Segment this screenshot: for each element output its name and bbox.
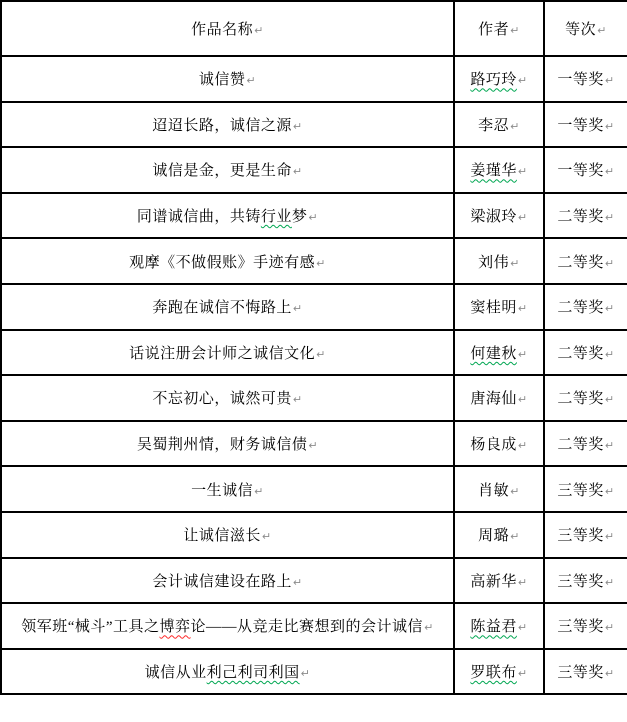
paragraph-mark-icon: ↵ bbox=[605, 120, 615, 133]
table-row: 诚信是金，更是生命↵ 姜瑾华↵ 一等奖↵ bbox=[1, 147, 627, 193]
paragraph-mark-icon: ↵ bbox=[605, 576, 615, 589]
rank-label: 三等奖 bbox=[557, 574, 604, 590]
work-title-cell: 吴蜀荆州情，财务诚信债↵ bbox=[1, 421, 454, 467]
author-cell: 姜瑾华↵ bbox=[454, 147, 544, 193]
work-title-cell: 奔跑在诚信不悔路上↵ bbox=[1, 284, 454, 330]
work-title: 观摩《不做假账》手迹有感 bbox=[129, 255, 315, 271]
work-title-cell: 话说注册会计师之诚信文化↵ bbox=[1, 330, 454, 376]
paragraph-mark-icon: ↵ bbox=[301, 667, 311, 680]
table-row: 会计诚信建设在路上↵ 高新华↵ 三等奖↵ bbox=[1, 558, 627, 604]
paragraph-mark-icon: ↵ bbox=[518, 74, 528, 87]
table-row: 领军班“械斗”工具之博弈论——从竞走比赛想到的会计诚信↵ 陈益君↵ 三等奖↵ bbox=[1, 603, 627, 649]
author-cell: 高新华↵ bbox=[454, 558, 544, 604]
table-row: 观摩《不做假账》手迹有感↵ 刘伟↵ 二等奖↵ bbox=[1, 238, 627, 284]
rank-cell: 一等奖↵ bbox=[544, 147, 627, 193]
paragraph-mark-icon: ↵ bbox=[510, 257, 520, 270]
author-name: 姜瑾华 bbox=[470, 163, 517, 179]
work-title-cell: 一生诚信↵ bbox=[1, 466, 454, 512]
paragraph-mark-icon: ↵ bbox=[316, 257, 326, 270]
paragraph-mark-icon: ↵ bbox=[518, 393, 528, 406]
author-name: 何建秋 bbox=[470, 346, 517, 362]
author-cell: 周璐↵ bbox=[454, 512, 544, 558]
rank-label: 三等奖 bbox=[557, 665, 604, 681]
author-name: 陈益君 bbox=[470, 619, 517, 635]
header-work-title: 作品名称↵ bbox=[1, 1, 454, 56]
table-row: 迢迢长路，诚信之源↵ 李忍↵ 一等奖↵ bbox=[1, 102, 627, 148]
paragraph-mark-icon: ↵ bbox=[605, 393, 615, 406]
work-title: 奔跑在诚信不悔路上 bbox=[152, 300, 292, 316]
paragraph-mark-icon: ↵ bbox=[518, 439, 528, 452]
work-title-cell: 会计诚信建设在路上↵ bbox=[1, 558, 454, 604]
rank-label: 二等奖 bbox=[557, 346, 604, 362]
paragraph-mark-icon: ↵ bbox=[293, 165, 303, 178]
rank-cell: 二等奖↵ bbox=[544, 238, 627, 284]
work-title: 梦 bbox=[292, 209, 308, 225]
author-name: 李忍 bbox=[478, 118, 509, 134]
header-label: 作品名称 bbox=[191, 22, 253, 38]
work-title: 不忘初心，诚然可贵 bbox=[152, 391, 292, 407]
work-title-cell: 诚信从业利己利司利国↵ bbox=[1, 649, 454, 695]
work-title-cell: 诚信是金，更是生命↵ bbox=[1, 147, 454, 193]
rank-cell: 一等奖↵ bbox=[544, 102, 627, 148]
paragraph-mark-icon: ↵ bbox=[605, 211, 615, 224]
rank-label: 三等奖 bbox=[557, 619, 604, 635]
paragraph-mark-icon: ↵ bbox=[510, 530, 520, 543]
work-title: 诚信是金，更是生命 bbox=[152, 163, 292, 179]
author-cell: 刘伟↵ bbox=[454, 238, 544, 284]
table-row: 诚信赞↵ 路巧玲↵ 一等奖↵ bbox=[1, 56, 627, 102]
work-title: 一生诚信 bbox=[191, 483, 253, 499]
paragraph-mark-icon: ↵ bbox=[605, 439, 615, 452]
paragraph-mark-icon: ↵ bbox=[605, 257, 615, 270]
work-title-underlined: 利己利司利国 bbox=[207, 665, 300, 681]
rank-label: 二等奖 bbox=[557, 391, 604, 407]
author-cell: 路巧玲↵ bbox=[454, 56, 544, 102]
paragraph-mark-icon: ↵ bbox=[293, 302, 303, 315]
work-title: 同谱诚信曲，共铸 bbox=[137, 209, 261, 225]
author-name: 路巧玲 bbox=[470, 72, 517, 88]
paragraph-mark-icon: ↵ bbox=[605, 485, 615, 498]
table-row: 一生诚信↵ 肖敏↵ 三等奖↵ bbox=[1, 466, 627, 512]
rank-label: 三等奖 bbox=[557, 528, 604, 544]
work-title: 迢迢长路，诚信之源 bbox=[152, 118, 292, 134]
table-header-row: 作品名称↵ 作者↵ 等次↵ bbox=[1, 1, 627, 56]
paragraph-mark-icon: ↵ bbox=[246, 74, 256, 87]
rank-label: 二等奖 bbox=[557, 209, 604, 225]
paragraph-mark-icon: ↵ bbox=[605, 621, 615, 634]
rank-cell: 一等奖↵ bbox=[544, 56, 627, 102]
header-label: 作者 bbox=[478, 22, 509, 38]
paragraph-mark-icon: ↵ bbox=[308, 439, 318, 452]
rank-label: 二等奖 bbox=[557, 300, 604, 316]
paragraph-mark-icon: ↵ bbox=[510, 485, 520, 498]
work-title: 会计诚信建设在路上 bbox=[152, 574, 292, 590]
rank-cell: 三等奖↵ bbox=[544, 512, 627, 558]
rank-cell: 三等奖↵ bbox=[544, 558, 627, 604]
paragraph-mark-icon: ↵ bbox=[316, 348, 326, 361]
table-row: 同谱诚信曲，共铸行业梦↵ 梁淑玲↵ 二等奖↵ bbox=[1, 193, 627, 239]
author-cell: 李忍↵ bbox=[454, 102, 544, 148]
author-name: 梁淑玲 bbox=[470, 209, 517, 225]
paragraph-mark-icon: ↵ bbox=[518, 165, 528, 178]
work-title: 诚信赞 bbox=[199, 72, 246, 88]
paragraph-mark-icon: ↵ bbox=[510, 120, 520, 133]
table-row: 不忘初心，诚然可贵↵ 唐海仙↵ 二等奖↵ bbox=[1, 375, 627, 421]
table-row: 诚信从业利己利司利国↵ 罗联布↵ 三等奖↵ bbox=[1, 649, 627, 695]
paragraph-mark-icon: ↵ bbox=[518, 576, 528, 589]
author-cell: 陈益君↵ bbox=[454, 603, 544, 649]
table-row: 奔跑在诚信不悔路上↵ 窦桂明↵ 二等奖↵ bbox=[1, 284, 627, 330]
document-page: 作品名称↵ 作者↵ 等次↵ 诚信赞↵ 路巧玲↵ 一等奖↵ 迢迢长路，诚信之源↵ … bbox=[0, 0, 627, 722]
header-author: 作者↵ bbox=[454, 1, 544, 56]
author-cell: 何建秋↵ bbox=[454, 330, 544, 376]
author-cell: 唐海仙↵ bbox=[454, 375, 544, 421]
paragraph-mark-icon: ↵ bbox=[262, 530, 272, 543]
rank-cell: 二等奖↵ bbox=[544, 330, 627, 376]
rank-label: 二等奖 bbox=[557, 437, 604, 453]
rank-cell: 二等奖↵ bbox=[544, 421, 627, 467]
award-results-table: 作品名称↵ 作者↵ 等次↵ 诚信赞↵ 路巧玲↵ 一等奖↵ 迢迢长路，诚信之源↵ … bbox=[0, 0, 627, 695]
author-name: 杨良成 bbox=[470, 437, 517, 453]
paragraph-mark-icon: ↵ bbox=[254, 24, 264, 37]
work-title: 诚信从业 bbox=[145, 665, 207, 681]
table-row: 让诚信滋长↵ 周璐↵ 三等奖↵ bbox=[1, 512, 627, 558]
rank-cell: 三等奖↵ bbox=[544, 466, 627, 512]
work-title: 让诚信滋长 bbox=[183, 528, 261, 544]
paragraph-mark-icon: ↵ bbox=[518, 211, 528, 224]
author-name: 刘伟 bbox=[478, 255, 509, 271]
author-name: 唐海仙 bbox=[470, 391, 517, 407]
rank-label: 一等奖 bbox=[557, 118, 604, 134]
paragraph-mark-icon: ↵ bbox=[308, 211, 318, 224]
paragraph-mark-icon: ↵ bbox=[605, 74, 615, 87]
work-title-cell: 让诚信滋长↵ bbox=[1, 512, 454, 558]
paragraph-mark-icon: ↵ bbox=[518, 621, 528, 634]
author-cell: 杨良成↵ bbox=[454, 421, 544, 467]
work-title: 论——从竞走比赛想到的会计诚信 bbox=[191, 619, 424, 635]
rank-label: 一等奖 bbox=[557, 163, 604, 179]
rank-cell: 三等奖↵ bbox=[544, 603, 627, 649]
author-name: 窦桂明 bbox=[470, 300, 517, 316]
work-title-underlined: 博弈 bbox=[160, 619, 191, 635]
author-cell: 肖敏↵ bbox=[454, 466, 544, 512]
rank-label: 一等奖 bbox=[557, 72, 604, 88]
paragraph-mark-icon: ↵ bbox=[518, 302, 528, 315]
work-title-cell: 迢迢长路，诚信之源↵ bbox=[1, 102, 454, 148]
paragraph-mark-icon: ↵ bbox=[293, 120, 303, 133]
paragraph-mark-icon: ↵ bbox=[293, 576, 303, 589]
table-row: 话说注册会计师之诚信文化↵ 何建秋↵ 二等奖↵ bbox=[1, 330, 627, 376]
paragraph-mark-icon: ↵ bbox=[518, 667, 528, 680]
work-title-cell: 诚信赞↵ bbox=[1, 56, 454, 102]
rank-cell: 二等奖↵ bbox=[544, 375, 627, 421]
author-cell: 梁淑玲↵ bbox=[454, 193, 544, 239]
author-name: 罗联布 bbox=[470, 665, 517, 681]
work-title: 吴蜀荆州情，财务诚信债 bbox=[137, 437, 308, 453]
paragraph-mark-icon: ↵ bbox=[293, 393, 303, 406]
work-title-cell: 观摩《不做假账》手迹有感↵ bbox=[1, 238, 454, 284]
author-name: 高新华 bbox=[470, 574, 517, 590]
author-name: 肖敏 bbox=[478, 483, 509, 499]
work-title: 话说注册会计师之诚信文化 bbox=[129, 346, 315, 362]
work-title: 领军班“械斗”工具之 bbox=[21, 619, 159, 635]
paragraph-mark-icon: ↵ bbox=[510, 24, 520, 37]
rank-label: 二等奖 bbox=[557, 255, 604, 271]
paragraph-mark-icon: ↵ bbox=[518, 348, 528, 361]
paragraph-mark-icon: ↵ bbox=[597, 24, 607, 37]
rank-label: 三等奖 bbox=[557, 483, 604, 499]
rank-cell: 二等奖↵ bbox=[544, 193, 627, 239]
author-name: 周璐 bbox=[478, 528, 509, 544]
paragraph-mark-icon: ↵ bbox=[605, 530, 615, 543]
work-title-cell: 不忘初心，诚然可贵↵ bbox=[1, 375, 454, 421]
work-title-cell: 同谱诚信曲，共铸行业梦↵ bbox=[1, 193, 454, 239]
header-rank: 等次↵ bbox=[544, 1, 627, 56]
rank-cell: 二等奖↵ bbox=[544, 284, 627, 330]
author-cell: 窦桂明↵ bbox=[454, 284, 544, 330]
work-title-underlined: 行业 bbox=[261, 209, 292, 225]
work-title-cell: 领军班“械斗”工具之博弈论——从竞走比赛想到的会计诚信↵ bbox=[1, 603, 454, 649]
paragraph-mark-icon: ↵ bbox=[605, 302, 615, 315]
paragraph-mark-icon: ↵ bbox=[424, 621, 434, 634]
paragraph-mark-icon: ↵ bbox=[605, 165, 615, 178]
paragraph-mark-icon: ↵ bbox=[254, 485, 264, 498]
paragraph-mark-icon: ↵ bbox=[605, 667, 615, 680]
table-row: 吴蜀荆州情，财务诚信债↵ 杨良成↵ 二等奖↵ bbox=[1, 421, 627, 467]
header-label: 等次 bbox=[565, 22, 596, 38]
rank-cell: 三等奖↵ bbox=[544, 649, 627, 695]
paragraph-mark-icon: ↵ bbox=[605, 348, 615, 361]
author-cell: 罗联布↵ bbox=[454, 649, 544, 695]
